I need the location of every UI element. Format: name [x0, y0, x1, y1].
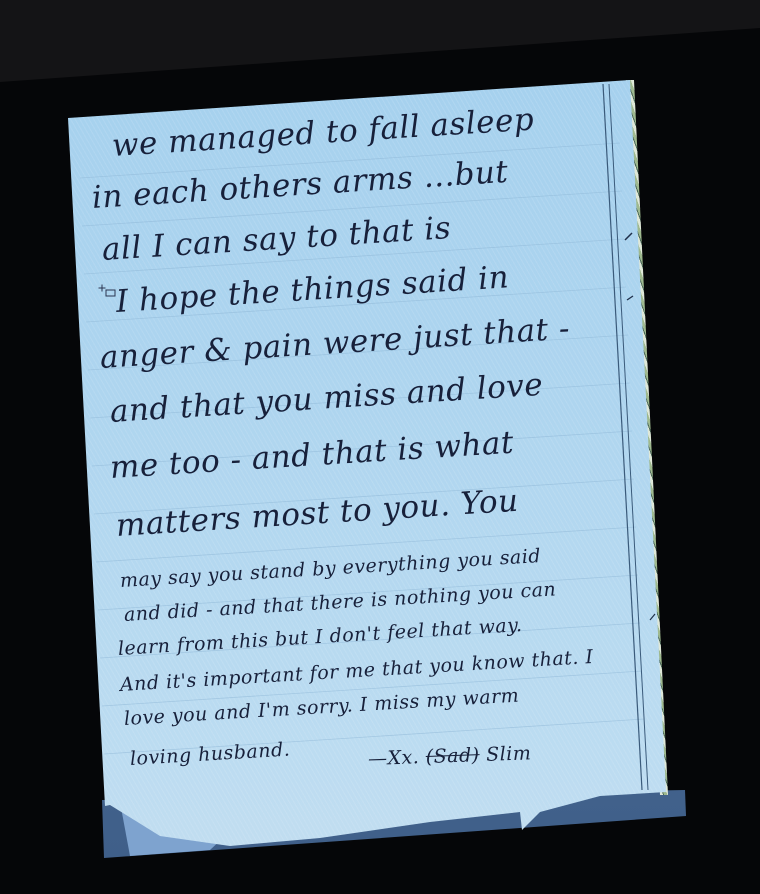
- letter-line-3: all I can say to that is: [101, 210, 452, 268]
- letter-line-14: loving husband.: [129, 739, 290, 770]
- photo-of-screen: we managed to fall asleep in each others…: [0, 0, 760, 894]
- crosshair-selection-cursor-icon: [98, 284, 118, 298]
- letter-line-1: we managed to fall asleep: [111, 101, 535, 163]
- signature-prefix: —Xx.: [368, 746, 420, 770]
- letter-line-4: I hope the things said in: [115, 259, 510, 320]
- handwritten-letter: we managed to fall asleep in each others…: [0, 0, 760, 894]
- signature-struck-word: (Sad): [425, 744, 480, 768]
- signature: —Xx. (Sad) Slim: [368, 742, 532, 770]
- letter-line-6: and that you miss and love: [109, 367, 544, 430]
- letter-line-8: matters most to you. You: [115, 483, 520, 544]
- letter-line-5: anger & pain were just that -: [99, 310, 571, 375]
- letter-line-7: me too - and that is what: [109, 425, 515, 486]
- letter-line-2: in each others arms ...but: [91, 154, 509, 216]
- signature-name: Slim: [486, 742, 532, 766]
